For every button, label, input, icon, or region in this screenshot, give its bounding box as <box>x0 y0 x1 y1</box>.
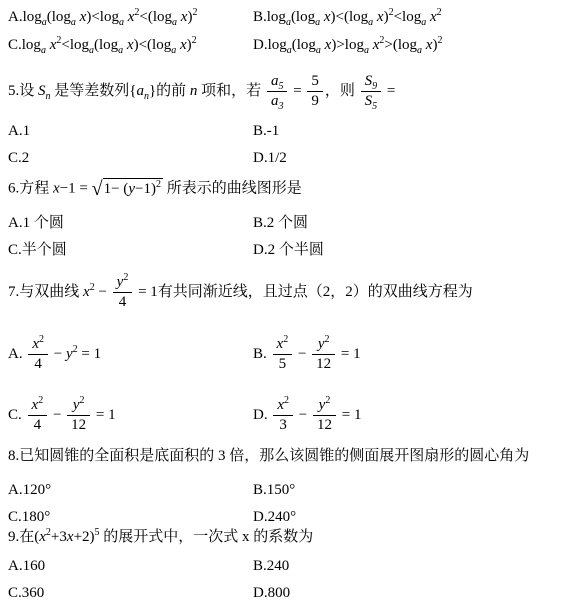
q8-options-row-cd: C.180° D.240° <box>8 508 575 527</box>
q6-option-a: A.1 个圆 <box>8 214 253 233</box>
q7-option-b: B. x25 − y212 = 1 <box>253 336 575 373</box>
q6-stem: 6.方程 x−1 = √1− (y−1)2 所表示的曲线图形是 <box>8 178 575 200</box>
q8-option-d: D.240° <box>253 508 575 527</box>
fraction: y212 <box>313 397 336 434</box>
q7-stem-row: 7.与双曲线 x2 − y24 = 1有共同渐近线，且过点（2，2）的双曲线方程… <box>8 268 575 316</box>
fraction: x25 <box>273 336 293 373</box>
q4-option-a: A.loga(loga x)<loga x2<(loga x)2 <box>8 8 253 27</box>
q4-option-b: B.loga(loga x)<(loga x)2<loga x2 <box>253 8 575 27</box>
q7-option-d: D. x23 − y212 = 1 <box>253 397 575 434</box>
square-root: √1− (y−1)2 <box>92 178 163 200</box>
fraction: y212 <box>312 336 335 373</box>
q8-stem: 8.已知圆锥的全面积是底面积的 3 倍，那么该圆锥的侧面展开图扇形的圆心角为 <box>8 447 575 466</box>
q5-option-b: B.-1 <box>253 122 575 141</box>
q7-option-c: C. x24 − y212 = 1 <box>8 397 253 434</box>
q7-options-row-cd: C. x24 − y212 = 1 D. x23 − y212 = 1 <box>8 392 575 438</box>
fraction: x23 <box>273 397 293 434</box>
q9-options-row-cd: C.360 D.800 <box>8 584 575 603</box>
q9-option-a: A.160 <box>8 557 253 576</box>
fraction: y24 <box>113 274 133 311</box>
q6-option-b: B.2 个圆 <box>253 214 575 233</box>
fraction: 59 <box>307 73 323 110</box>
fraction: x24 <box>28 336 48 373</box>
q5-options-row-cd: C.2 D.1/2 <box>8 149 575 168</box>
q6-options-row-cd: C.半个圆 D.2 个半圆 <box>8 241 575 260</box>
q8-stem-row: 8.已知圆锥的全面积是底面积的 3 倍，那么该圆锥的侧面展开图扇形的圆心角为 <box>8 447 575 466</box>
q9-stem-row: 9.在(x2+3x+2)5 的展开式中，一次式 x 的系数为 <box>8 528 575 547</box>
q5-option-a: A.1 <box>8 122 253 141</box>
q5-options-row-ab: A.1 B.-1 <box>8 122 575 141</box>
q7-stem: 7.与双曲线 x2 − y24 = 1有共同渐近线，且过点（2，2）的双曲线方程… <box>8 274 575 311</box>
q7-options-row-ab: A. x24 − y2 = 1 B. x25 − y212 = 1 <box>8 330 575 378</box>
q9-options-row-ab: A.160 B.240 <box>8 557 575 576</box>
q8-option-a: A.120° <box>8 481 253 500</box>
q9-stem: 9.在(x2+3x+2)5 的展开式中，一次式 x 的系数为 <box>8 528 575 547</box>
q4-options-row-ab: A.loga(loga x)<loga x2<(loga x)2 B.loga(… <box>8 8 575 27</box>
q4-option-d: D.loga(loga x)>loga x2>(loga x)2 <box>253 36 575 55</box>
q8-option-b: B.150° <box>253 481 575 500</box>
q5-option-d: D.1/2 <box>253 149 575 168</box>
q9-option-d: D.800 <box>253 584 575 603</box>
exam-document: A.loga(loga x)<loga x2<(loga x)2 B.loga(… <box>0 0 575 603</box>
fraction: a5a3 <box>267 73 288 110</box>
q4-options-row-cd: C.loga x2<loga(loga x)<(loga x)2 D.loga(… <box>8 36 575 55</box>
q6-options-row-ab: A.1 个圆 B.2 个圆 <box>8 214 575 233</box>
q5-stem: 5.设 Sn 是等差数列{an}的前 n 项和，若 a5a3 = 59，则 S9… <box>8 73 575 110</box>
q9-option-c: C.360 <box>8 584 253 603</box>
fraction: S9S5 <box>361 73 382 110</box>
q5-stem-row: 5.设 Sn 是等差数列{an}的前 n 项和，若 a5a3 = 59，则 S9… <box>8 68 575 114</box>
q6-stem-row: 6.方程 x−1 = √1− (y−1)2 所表示的曲线图形是 <box>8 174 575 204</box>
fraction: y212 <box>67 397 90 434</box>
q7-option-a: A. x24 − y2 = 1 <box>8 336 253 373</box>
q6-option-d: D.2 个半圆 <box>253 241 575 260</box>
q9-option-b: B.240 <box>253 557 575 576</box>
q8-option-c: C.180° <box>8 508 253 527</box>
fraction: x24 <box>28 397 48 434</box>
q5-option-c: C.2 <box>8 149 253 168</box>
q4-option-c: C.loga x2<loga(loga x)<(loga x)2 <box>8 36 253 55</box>
q6-option-c: C.半个圆 <box>8 241 253 260</box>
q8-options-row-ab: A.120° B.150° <box>8 481 575 500</box>
